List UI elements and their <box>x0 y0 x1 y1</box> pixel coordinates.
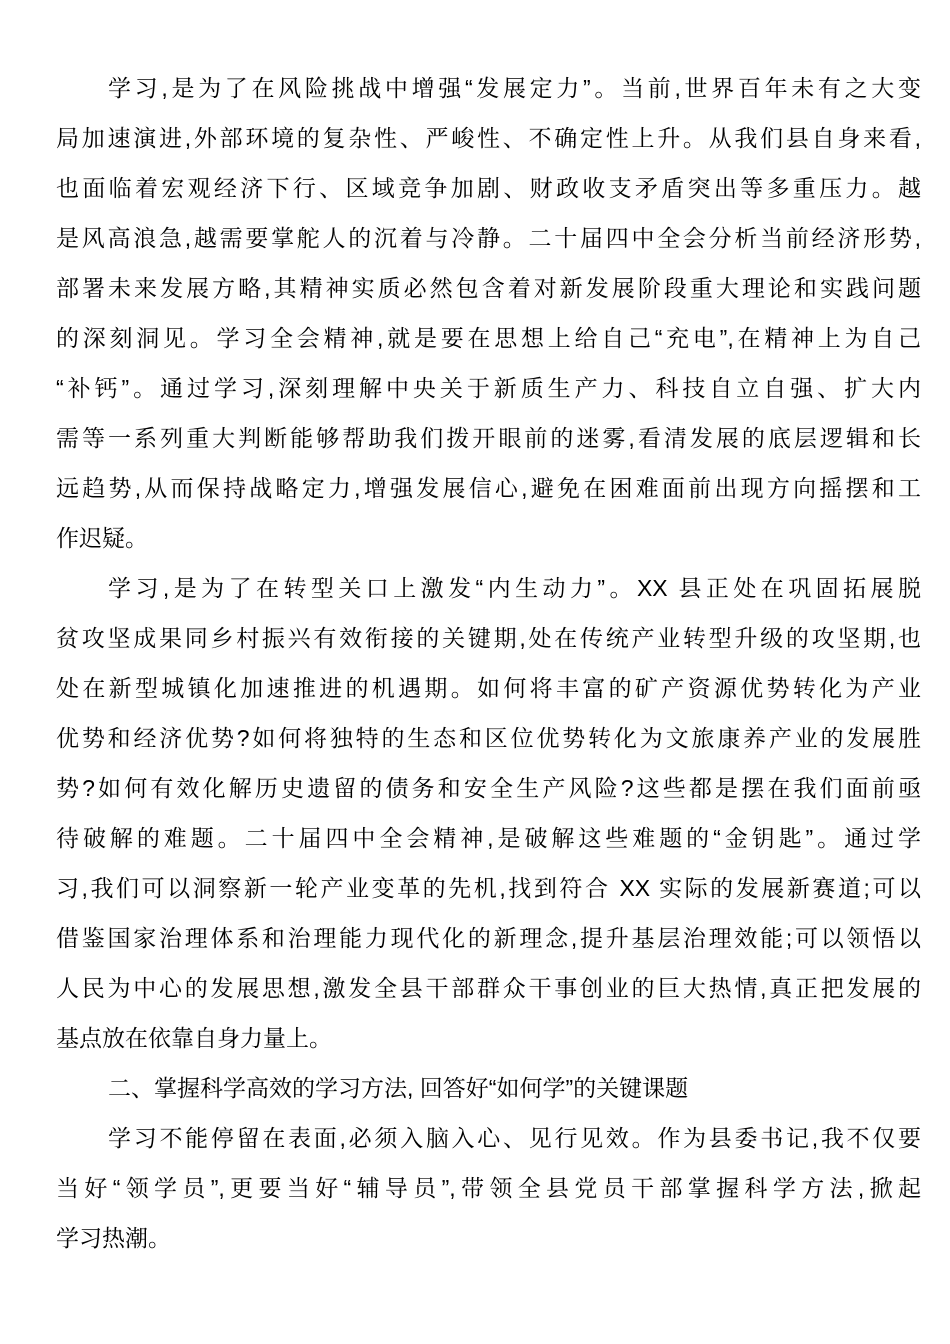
text-line: 人民为中心的发展思想,激发全县干部群众干事创业的巨大热情,真正把发展的 <box>56 963 921 1013</box>
text-line: 是风高浪急,越需要掌舵人的沉着与冷静。二十届四中全会分析当前经济形势, <box>56 213 921 263</box>
text-line: 当好“领学员”,更要当好“辅导员”,带领全县党员干部掌握科学方法,掀起 <box>56 1163 921 1213</box>
text-line: 待破解的难题。二十届四中全会精神,是破解这些难题的“金钥匙”。通过学 <box>56 813 921 863</box>
text-line: 的深刻洞见。学习全会精神,就是要在思想上给自己“充电”,在精神上为自己 <box>56 313 921 363</box>
text-line: “补钙”。通过学习,深刻理解中央关于新质生产力、科技自立自强、扩大内 <box>56 363 921 413</box>
paragraph: 学习,是为了在风险挑战中增强“发展定力”。当前,世界百年未有之大变局加速演进,外… <box>56 63 921 563</box>
text-line: 部署未来发展方略,其精神实质必然包含着对新发展阶段重大理论和实践问题 <box>56 263 921 313</box>
text-line: 处在新型城镇化加速推进的机遇期。如何将丰富的矿产资源优势转化为产业 <box>56 663 921 713</box>
text-line: 远趋势,从而保持战略定力,增强发展信心,避免在困难面前出现方向摇摆和工 <box>56 463 921 513</box>
text-line: 作迟疑。 <box>56 513 921 563</box>
document-page: 学习,是为了在风险挑战中增强“发展定力”。当前,世界百年未有之大变局加速演进,外… <box>0 0 950 1344</box>
text-line: 基点放在依靠自身力量上。 <box>56 1013 921 1063</box>
heading-line: 二、掌握科学高效的学习方法, 回答好“如何学”的关键课题 <box>56 1063 921 1113</box>
text-line: 学习,是为了在转型关口上激发“内生动力”。XX 县正处在巩固拓展脱 <box>56 563 921 613</box>
text-line: 局加速演进,外部环境的复杂性、严峻性、不确定性上升。从我们县自身来看, <box>56 113 921 163</box>
paragraph: 学习,是为了在转型关口上激发“内生动力”。XX 县正处在巩固拓展脱贫攻坚成果同乡… <box>56 563 921 1063</box>
text-line: 学习,是为了在风险挑战中增强“发展定力”。当前,世界百年未有之大变 <box>56 63 921 113</box>
text-line: 势?如何有效化解历史遗留的债务和安全生产风险?这些都是摆在我们面前亟 <box>56 763 921 813</box>
document-body: 学习,是为了在风险挑战中增强“发展定力”。当前,世界百年未有之大变局加速演进,外… <box>56 63 921 1263</box>
text-line: 贫攻坚成果同乡村振兴有效衔接的关键期,处在传统产业转型升级的攻坚期,也 <box>56 613 921 663</box>
paragraph: 学习不能停留在表面,必须入脑入心、见行见效。作为县委书记,我不仅要当好“领学员”… <box>56 1113 921 1263</box>
text-line: 学习热潮。 <box>56 1213 921 1263</box>
text-line: 学习不能停留在表面,必须入脑入心、见行见效。作为县委书记,我不仅要 <box>56 1113 921 1163</box>
text-line: 借鉴国家治理体系和治理能力现代化的新理念,提升基层治理效能;可以领悟以 <box>56 913 921 963</box>
section-heading: 二、掌握科学高效的学习方法, 回答好“如何学”的关键课题 <box>56 1063 921 1113</box>
text-line: 习,我们可以洞察新一轮产业变革的先机,找到符合 XX 实际的发展新赛道;可以 <box>56 863 921 913</box>
text-line: 优势和经济优势?如何将独特的生态和区位优势转化为文旅康养产业的发展胜 <box>56 713 921 763</box>
text-line: 也面临着宏观经济下行、区域竞争加剧、财政收支矛盾突出等多重压力。越 <box>56 163 921 213</box>
text-line: 需等一系列重大判断能够帮助我们拨开眼前的迷雾,看清发展的底层逻辑和长 <box>56 413 921 463</box>
